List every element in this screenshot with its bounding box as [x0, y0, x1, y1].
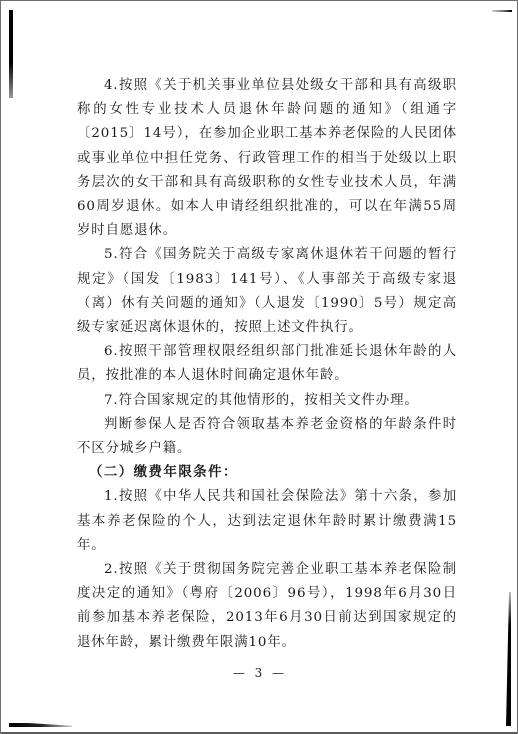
scan-edge-mark-top-left: [9, 10, 13, 98]
paragraph-item-7: 7.符合国家规定的其他情形的，按相关文件办理。: [77, 389, 457, 413]
document-body: 4.按照《关于机关事业单位县处级女干部和具有高级职称的女性专业技术人员退休年龄问…: [77, 74, 457, 655]
paragraph-contribution-1: 1.按照《中华人民共和国社会保险法》第十六条，参加基本养老保险的个人，达到法定退…: [77, 485, 457, 558]
paragraph-note-household: 判断参保人是否符合领取基本养老金资格的年龄条件时不区分城乡户籍。: [77, 413, 457, 461]
page-number: — 3 —: [1, 666, 518, 680]
paragraph-item-4: 4.按照《关于机关事业单位县处级女干部和具有高级职称的女性专业技术人员退休年龄问…: [77, 74, 457, 243]
document-page: 4.按照《关于机关事业单位县处级女干部和具有高级职称的女性专业技术人员退休年龄问…: [0, 0, 518, 734]
paragraph-item-5: 5.符合《国务院关于高级专家离休退休若干问题的暂行规定》（国发〔1983〕141…: [77, 243, 457, 340]
scan-edge-mark-top-right: [492, 10, 512, 12]
paragraph-item-6: 6.按照干部管理权限经组织部门批准延长退休年龄的人员，按批准的本人退休时间确定退…: [77, 340, 457, 388]
scan-edge-mark-bottom-left: [9, 723, 72, 727]
section-heading-contribution-years: （二）缴费年限条件：: [77, 461, 457, 485]
scan-edge-mark-bottom-right: [506, 592, 511, 726]
paragraph-contribution-2: 2.按照《关于贯彻国务院完善企业职工基本养老保险制度决定的通知》（粤府〔2006…: [77, 558, 457, 655]
